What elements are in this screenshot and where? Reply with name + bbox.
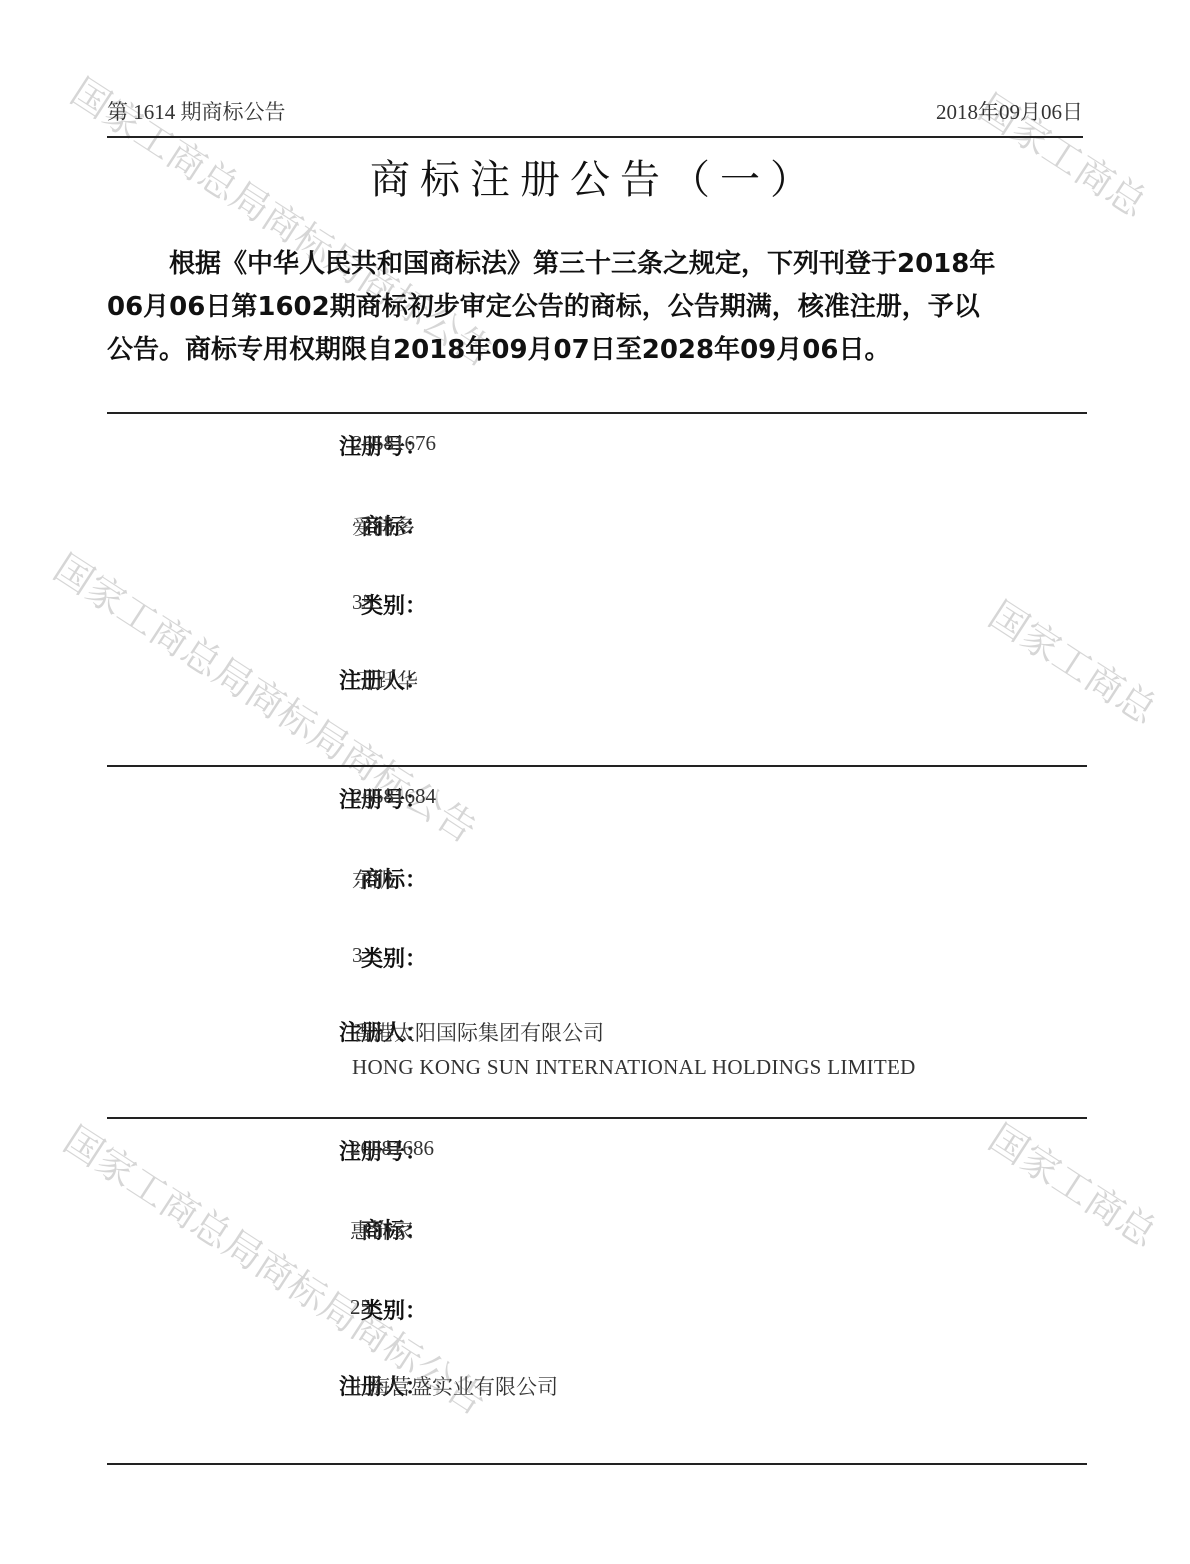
mark-row: 商标： 惠饰家: [107, 1214, 1087, 1244]
intro-line: 公告。商标专用权期限自2018年09月07日至2028年09月06日。: [107, 329, 1087, 372]
reg-no-value: 26581676: [352, 431, 436, 456]
registrant-row: 注册人： 上海营盛实业有限公司: [107, 1370, 1087, 1400]
registrant-name: 王跃华: [355, 669, 418, 693]
divider: [107, 765, 1087, 767]
intro-line: 根据《中华人民共和国商标法》第三十三条之规定，下列刊登于2018年: [107, 243, 1087, 286]
intro-paragraph: 根据《中华人民共和国商标法》第三十三条之规定，下列刊登于2018年 06月06日…: [107, 243, 1087, 372]
issue-date: 2018年09月06日: [936, 96, 1083, 126]
mark-row: 商标： 东肌: [107, 863, 1087, 893]
reg-no-value: 26581684: [352, 784, 436, 809]
registrant-name: 香港太阳国际集团有限公司: [352, 1021, 604, 1045]
registrant-row: 注册人： 香港太阳国际集团有限公司 HONG KONG SUN INTERNAT…: [107, 1016, 1087, 1046]
mark-value: 爱浦多: [352, 511, 415, 541]
reg-no-row: 注册号： 26581676: [107, 430, 1087, 460]
reg-no-row: 注册号： 26581686: [107, 1135, 1087, 1165]
divider: [107, 1463, 1087, 1465]
registrant-value: 上海营盛实业有限公司: [348, 1371, 558, 1401]
mark-value: 惠饰家: [350, 1215, 413, 1245]
registrant-value: 香港太阳国际集团有限公司 HONG KONG SUN INTERNATIONAL…: [352, 1017, 916, 1080]
class-value: 25: [350, 1295, 371, 1320]
registrant-name: 上海营盛实业有限公司: [348, 1375, 558, 1399]
page-title: 商标注册公告（一）: [0, 148, 1190, 205]
reg-no-value: 26581686: [350, 1136, 434, 1161]
intro-line: 06月06日第1602期商标初步审定公告的商标，公告期满，核准注册，予以: [107, 286, 1087, 329]
mark-value: 东肌: [352, 864, 394, 894]
registrant-name-en: HONG KONG SUN INTERNATIONAL HOLDINGS LIM…: [352, 1055, 916, 1080]
class-row: 类别： 35: [107, 589, 1087, 619]
page-header: 第 1614 期商标公告 2018年09月06日: [107, 96, 1083, 138]
class-row: 类别： 3: [107, 942, 1087, 972]
reg-no-row: 注册号： 26581684: [107, 783, 1087, 813]
class-value: 35: [352, 590, 373, 615]
registrant-row: 注册人： 王跃华: [107, 664, 1087, 694]
mark-row: 商标： 爱浦多: [107, 510, 1087, 540]
divider: [107, 1117, 1087, 1119]
class-value: 3: [352, 943, 363, 968]
divider: [107, 412, 1087, 414]
registrant-value: 王跃华: [355, 665, 418, 695]
class-row: 类别： 25: [107, 1294, 1087, 1324]
issue-number: 第 1614 期商标公告: [107, 96, 286, 126]
